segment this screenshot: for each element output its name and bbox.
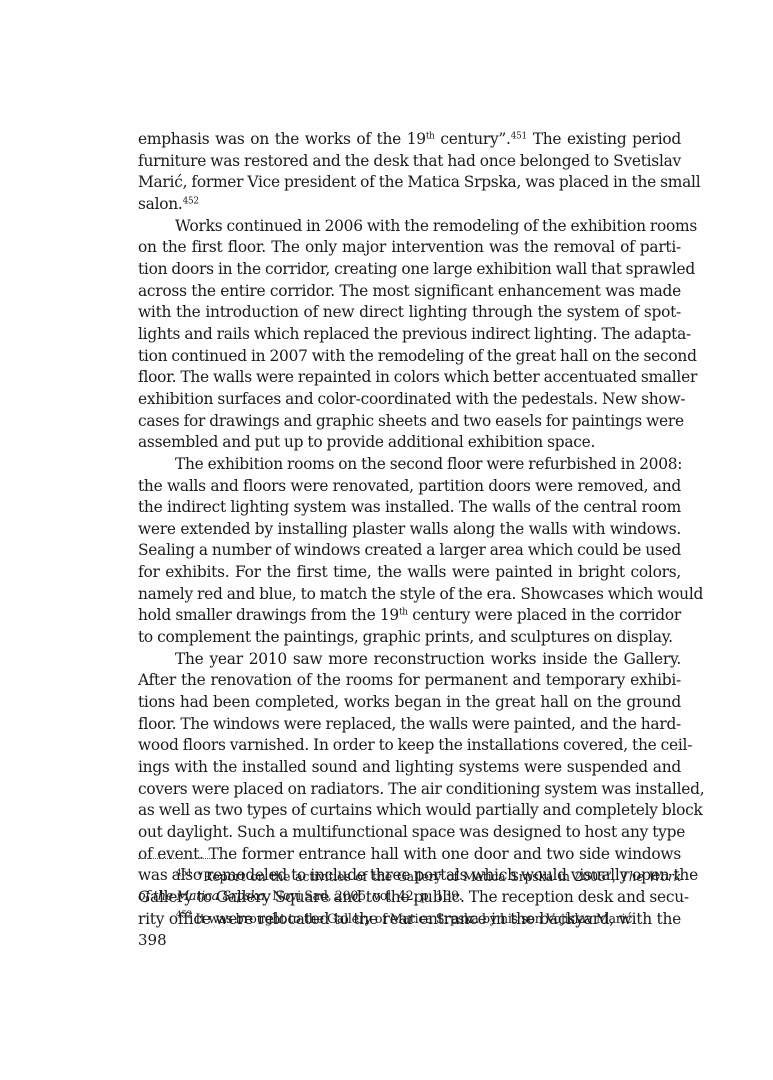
text-line: After the renovation of the rooms for pe… (138, 670, 681, 692)
text-line: The exhibition rooms on the second floor… (138, 454, 681, 476)
text-line: hold smaller drawings from the 19th cent… (138, 605, 681, 627)
text-line: floor. The walls were repainted in color… (138, 367, 681, 389)
text-run: floor. The windows were replaced, the wa… (138, 715, 681, 733)
text-run: It was brought to the Gallery of Matica … (192, 911, 636, 926)
text-line: namely red and blue, to match the style … (138, 584, 681, 606)
footnote-451: 451 “Report on the activities of the Gal… (138, 867, 681, 905)
text-run: Marić, former Vice president of the Mati… (138, 173, 700, 191)
text-run: floor. The walls were repainted in color… (138, 368, 697, 386)
text-line: salon.452 (138, 194, 681, 216)
text-line: Sealing a number of windows created a la… (138, 540, 681, 562)
text-line: covers were placed on radiators. The air… (138, 779, 681, 801)
text-run: “Report on the activities of the Gallery… (192, 869, 620, 884)
footnote-separator (138, 858, 222, 859)
footnote-line: of the Matica Srpska, Novi Sad, 2005, vo… (138, 886, 681, 905)
text-line: Marić, former Vice president of the Mati… (138, 172, 681, 194)
text-run: on the first floor. The only major inter… (138, 238, 681, 256)
footnote-ref: 451 (511, 131, 527, 141)
text-run: cases for drawings and graphic sheets an… (138, 412, 684, 430)
text-run: , Novi Sad, 2005, vol. 42, p. 139. (265, 888, 463, 903)
text-line: Works continued in 2006 with the remodel… (138, 216, 681, 238)
text-line: wood floors varnished. In order to keep … (138, 735, 681, 757)
text-line: emphasis was on the works of the 19th ce… (138, 129, 681, 151)
text-line: assembled and put up to provide addition… (138, 432, 681, 454)
text-line: on the first floor. The only major inter… (138, 237, 681, 259)
text-line: tion doors in the corridor, creating one… (138, 259, 681, 281)
text-line: exhibition surfaces and color-coordinate… (138, 389, 681, 411)
text-run: covers were placed on radiators. The air… (138, 780, 704, 798)
text-run: ings with the installed sound and lighti… (138, 758, 681, 776)
text-run: out daylight. Such a multifunctional spa… (138, 823, 685, 841)
text-run: as well as two types of curtains which w… (138, 801, 703, 819)
text-run: were extended by installing plaster wall… (138, 520, 681, 538)
paragraph: Works continued in 2006 with the remodel… (138, 216, 681, 454)
footnote-line: 452 It was brought to the Gallery of Mat… (138, 909, 681, 928)
text-line: as well as two types of curtains which w… (138, 800, 681, 822)
text-run: century”. (435, 130, 511, 148)
text-line: the indirect lighting system was install… (138, 497, 681, 519)
text-run: furniture was restored and the desk that… (138, 152, 681, 170)
footnote-ref: 452 (176, 911, 192, 921)
text-line: across the entire corridor. The most sig… (138, 281, 681, 303)
italic-text: of the Matica Srpska (138, 888, 265, 903)
text-run: tion doors in the corridor, creating one… (138, 260, 695, 278)
footnote-ref: th (399, 608, 408, 618)
text-run: Sealing a number of windows created a la… (138, 541, 681, 559)
text-line: out daylight. Such a multifunctional spa… (138, 822, 681, 844)
footnote-line: 451 “Report on the activities of the Gal… (138, 867, 681, 886)
text-run: salon. (138, 195, 183, 213)
text-run: namely red and blue, to match the style … (138, 585, 703, 603)
text-run: emphasis was on the works of the 19 (138, 130, 426, 148)
text-run: exhibition surfaces and color-coordinate… (138, 390, 685, 408)
text-run: to complement the paintings, graphic pri… (138, 628, 673, 646)
text-run: The year 2010 saw more reconstruction wo… (175, 650, 681, 668)
text-line: were extended by installing plaster wall… (138, 519, 681, 541)
footnote-list: 451 “Report on the activities of the Gal… (138, 867, 681, 928)
text-line: tions had been completed, works began in… (138, 692, 681, 714)
page-body: emphasis was on the works of the 19th ce… (138, 129, 681, 930)
text-line: furniture was restored and the desk that… (138, 151, 681, 173)
page-number: 398 (138, 931, 167, 949)
text-line: with the introduction of new direct ligh… (138, 302, 681, 324)
text-line: floor. The windows were replaced, the wa… (138, 714, 681, 736)
text-line: tion continued in 2007 with the remodeli… (138, 346, 681, 368)
text-run: Works continued in 2006 with the remodel… (175, 217, 697, 235)
text-run: hold smaller drawings from the 19 (138, 606, 399, 624)
text-run: the indirect lighting system was install… (138, 498, 681, 516)
body-text: emphasis was on the works of the 19th ce… (138, 129, 681, 930)
text-run: the walls and floors were renovated, par… (138, 477, 681, 495)
text-line: ings with the installed sound and lighti… (138, 757, 681, 779)
footnote-ref: 451 (176, 869, 192, 879)
text-line: to complement the paintings, graphic pri… (138, 627, 681, 649)
text-run: assembled and put up to provide addition… (138, 433, 595, 451)
text-run: century were placed in the corridor (408, 606, 681, 624)
text-line: cases for drawings and graphic sheets an… (138, 411, 681, 433)
text-run: for exhibits. For the first time, the wa… (138, 563, 681, 581)
footnote-ref: th (426, 131, 435, 141)
footnote-452: 452 It was brought to the Gallery of Mat… (138, 909, 681, 928)
text-run: The exhibition rooms on the second floor… (175, 455, 682, 473)
text-run: across the entire corridor. The most sig… (138, 282, 681, 300)
text-line: the walls and floors were renovated, par… (138, 476, 681, 498)
footnotes-section: 451 “Report on the activities of the Gal… (138, 858, 681, 932)
text-run: The existing period (527, 130, 681, 148)
text-run: tion continued in 2007 with the remodeli… (138, 347, 697, 365)
text-line: The year 2010 saw more reconstruction wo… (138, 649, 681, 671)
text-run: with the introduction of new direct ligh… (138, 303, 681, 321)
text-run: tions had been completed, works began in… (138, 693, 681, 711)
text-run: After the renovation of the rooms for pe… (138, 671, 681, 689)
footnote-ref: 452 (183, 196, 199, 206)
text-line: lights and rails which replaced the prev… (138, 324, 681, 346)
paragraph: The exhibition rooms on the second floor… (138, 454, 681, 649)
text-run: wood floors varnished. In order to keep … (138, 736, 692, 754)
text-line: for exhibits. For the first time, the wa… (138, 562, 681, 584)
italic-text: The Work (621, 869, 681, 884)
text-run: lights and rails which replaced the prev… (138, 325, 691, 343)
paragraph: emphasis was on the works of the 19th ce… (138, 129, 681, 216)
